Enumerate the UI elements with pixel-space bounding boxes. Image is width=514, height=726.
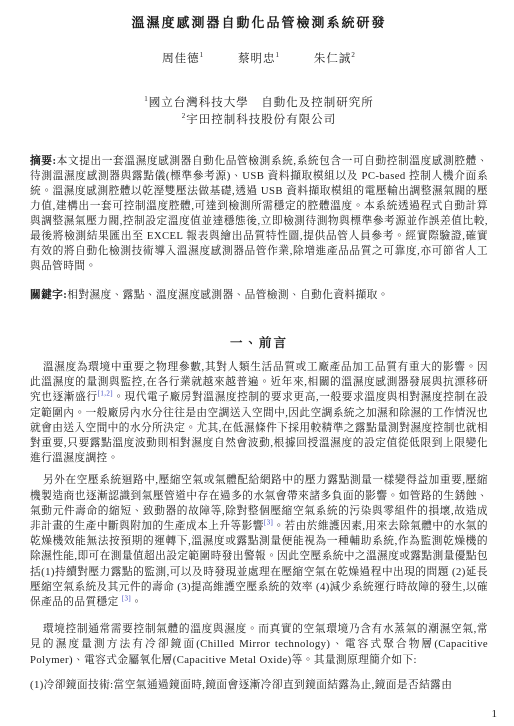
intro-paragraph-3: 環境控制通常需要控制氣體的溫度與濕度。而真實的空氣環境乃含有水蒸氣的潮濕空氣,常… (30, 622, 488, 668)
abstract-paragraph: 摘要:本文提出一套溫濕度感測器自動化品管檢測系統,系統包含一可自動控制溫度感測腔… (30, 154, 488, 274)
author: 朱仁誠2 (314, 53, 356, 65)
affiliation-line: 2宇田控制科技股份有限公司 (30, 112, 488, 129)
author-affiliation-mark: 1 (276, 51, 281, 59)
keywords-line: 關鍵字:相對濕度、露點、溫度濕度感測器、品管檢測、自動化資料擷取。 (30, 288, 488, 303)
author-affiliation-mark: 2 (351, 51, 356, 59)
author-line: 周佳德1 蔡明忠1 朱仁誠2 (30, 50, 488, 66)
citation-marker: [3] (122, 594, 131, 602)
section-heading-introduction: 一、前言 (30, 333, 488, 351)
author-affiliation-mark: 1 (200, 51, 205, 59)
paper-title: 溫濕度感測器自動化品管檢測系統研發 (30, 12, 488, 31)
abstract-label: 摘要: (30, 155, 57, 167)
paper-page: 溫濕度感測器自動化品管檢測系統研發 周佳德1 蔡明忠1 朱仁誠2 1國立台灣科技… (0, 0, 514, 726)
intro-paragraph-2: 另外在空壓系統迴路中,壓縮空氣或氣體配給網路中的壓力露點測量一樣變得益加重要,壓… (30, 473, 488, 610)
keywords-text: 相對濕度、露點、溫度濕度感測器、品管檢測、自動化資料擷取。 (67, 289, 389, 301)
author: 周佳德1 (162, 53, 204, 65)
keywords-label: 關鍵字: (30, 289, 67, 301)
affiliation-line: 1國立台灣科技大學 自動化及控制研究所 (30, 95, 488, 112)
method-item-1: (1)冷卻鏡面技術:當空氣通過鏡面時,鏡面會逐漸冷卻直到鏡面結露為止,鏡面是否結… (30, 678, 488, 693)
abstract-text: 本文提出一套溫濕度感測器自動化品管檢測系統,系統包含一可自動控制溫度感測腔體、待… (30, 155, 488, 272)
page-number: 1 (492, 708, 498, 720)
citation-marker: [1,2] (98, 390, 113, 398)
citation-marker: [3] (264, 518, 273, 526)
intro-paragraph-1: 溫濕度為環境中重要之物理參數,其對人類生活品質或工廠產品加工品質有重大的影響。因… (30, 360, 488, 466)
affiliations: 1國立台灣科技大學 自動化及控制研究所 2宇田控制科技股份有限公司 (30, 95, 488, 129)
author: 蔡明忠1 (238, 53, 280, 65)
